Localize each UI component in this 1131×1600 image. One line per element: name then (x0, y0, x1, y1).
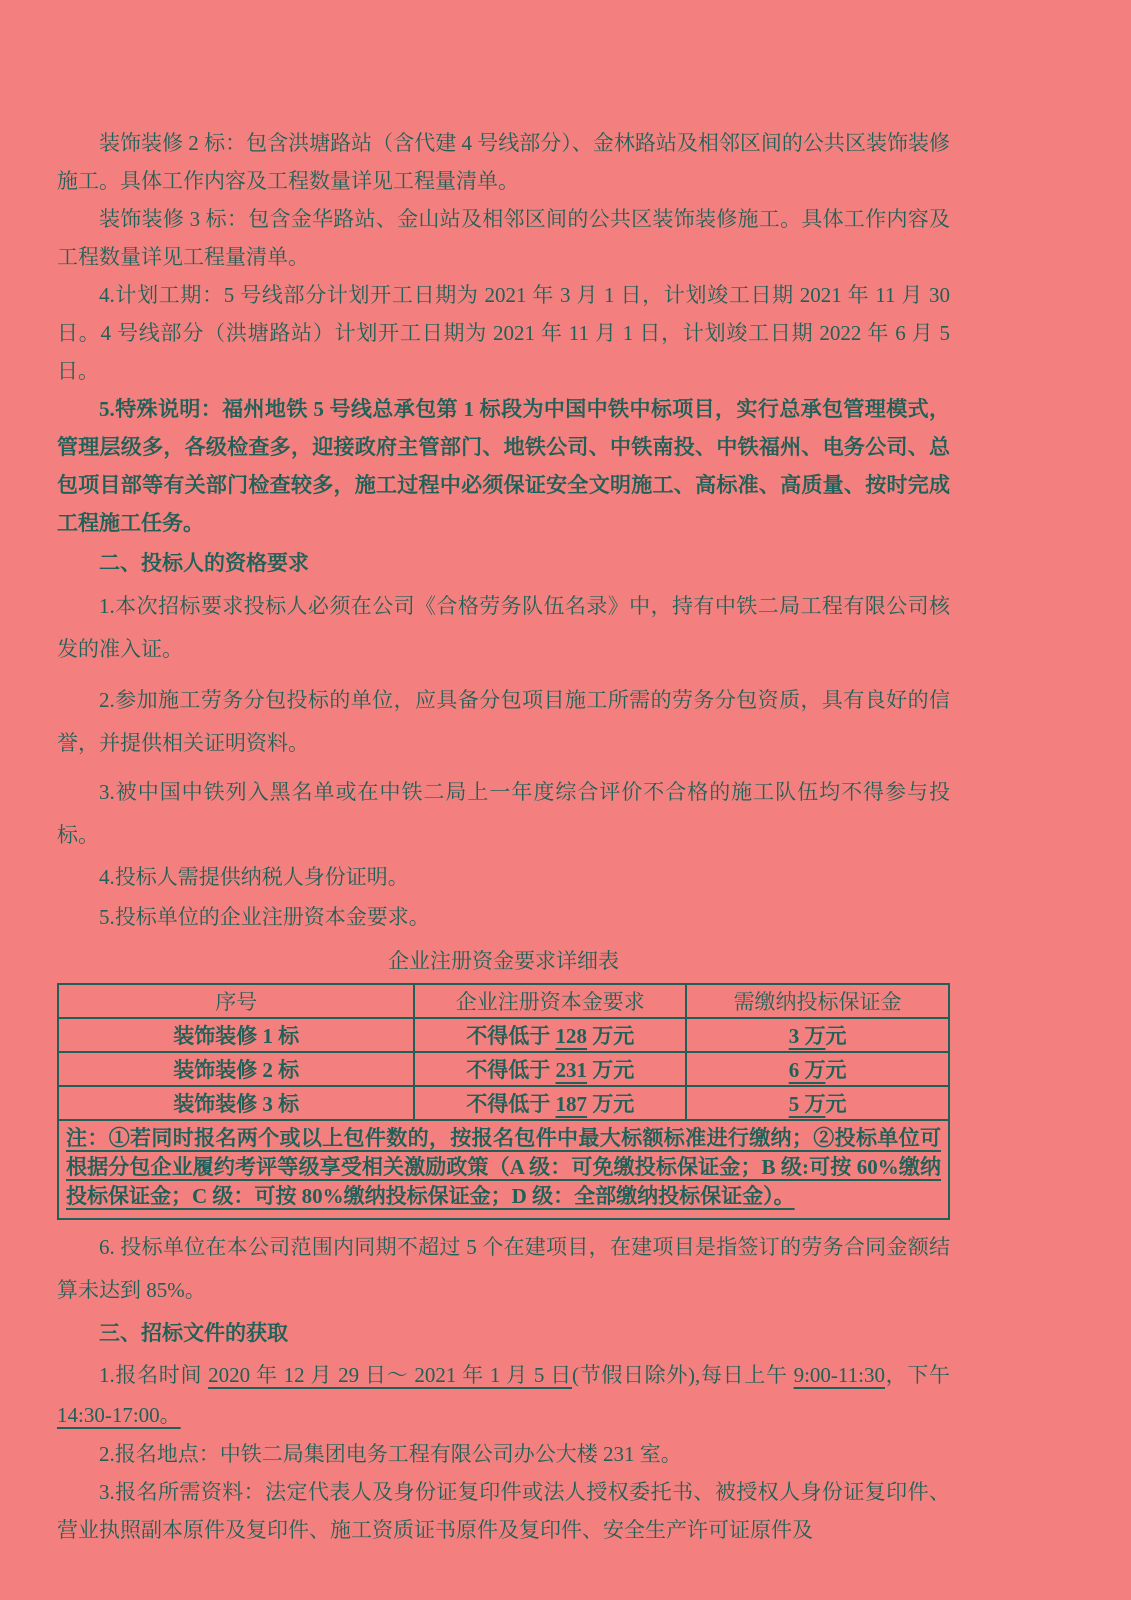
paragraph-qualification-1: 1.本次招标要求投标人必须在公司《合格劳务队伍名录》中，持有中铁二局工程有限公司… (57, 585, 950, 671)
table-row-lot2: 装饰装修 2 标 不得低于 231 万元 6 万元 (58, 1052, 949, 1086)
column-header-bid-deposit: 需缴纳投标保证金 (686, 984, 949, 1018)
section-heading-document-obtain: 三、招标文件的获取 (57, 1312, 950, 1355)
paragraph-qualification-3: 3.被中国中铁列入黑名单或在中铁二局上一年度综合评价不合格的施工队伍均不得参与投… (57, 771, 950, 857)
bid-deposit: 5 万元 (686, 1086, 949, 1120)
underlined-run: 2020 年 12 月 29 日～ 2021 年 1 月 5 日 (208, 1363, 572, 1387)
lot-name: 装饰装修 3 标 (58, 1086, 414, 1120)
paragraph-lot2: 装饰装修 2 标：包含洪塘路站（含代建 4 号线部分）、金林路站及相邻区间的公共… (57, 124, 950, 200)
paragraph-schedule: 4.计划工期：5 号线部分计划开工日期为 2021 年 3 月 1 日，计划竣工… (57, 276, 950, 390)
underlined-run: 6 万 (789, 1058, 826, 1082)
document-page: 装饰装修 2 标：包含洪塘路站（含代建 4 号线部分）、金林路站及相邻区间的公共… (0, 0, 1131, 1600)
underlined-run: 187 (556, 1092, 588, 1116)
underlined-run: 14:30-17:00。 (57, 1403, 181, 1427)
table-note-row: 注：①若同时报名两个或以上包件数的，按报名包件中最大标额标准进行缴纳；②投标单位… (58, 1120, 949, 1219)
paragraph-signup-materials: 3.报名所需资料：法定代表人及身份证复印件或法人授权委托书、被授权人身份证复印件… (57, 1473, 950, 1549)
bid-deposit: 3 万元 (686, 1018, 949, 1052)
lot-name: 装饰装修 1 标 (58, 1018, 414, 1052)
text-run: 不得低于 (466, 1092, 555, 1116)
text-run: 万元 (587, 1058, 634, 1082)
underlined-run: 5 万 (789, 1092, 826, 1116)
text-run: 不得低于 (466, 1024, 555, 1048)
paragraph-signup-location: 2.报名地点：中铁二局集团电务工程有限公司办公大楼 231 室。 (57, 1435, 950, 1473)
paragraph-signup-time: 1.报名时间 2020 年 12 月 29 日～ 2021 年 1 月 5 日(… (57, 1355, 950, 1435)
table-note: 注：①若同时报名两个或以上包件数的，按报名包件中最大标额标准进行缴纳；②投标单位… (58, 1120, 949, 1219)
capital-requirement: 不得低于 187 万元 (414, 1086, 686, 1120)
underlined-run: 3 万 (789, 1024, 826, 1048)
table-row-lot3: 装饰装修 3 标 不得低于 187 万元 5 万元 (58, 1086, 949, 1120)
text-run: 元 (825, 1058, 846, 1082)
text-run: ，下午 (885, 1363, 950, 1387)
lot-name: 装饰装修 2 标 (58, 1052, 414, 1086)
paragraph-qualification-4: 4.投标人需提供纳税人身份证明。 (57, 857, 950, 897)
capital-requirement: 不得低于 231 万元 (414, 1052, 686, 1086)
text-run: 万元 (587, 1092, 634, 1116)
text-run: (节假日除外),每日上午 (572, 1363, 794, 1387)
paragraph-qualification-2: 2.参加施工劳务分包投标的单位，应具备分包项目施工所需的劳务分包资质，具有良好的… (57, 679, 950, 765)
underlined-run: 231 (556, 1058, 588, 1082)
document-content: 装饰装修 2 标：包含洪塘路站（含代建 4 号线部分）、金林路站及相邻区间的公共… (57, 124, 950, 1549)
table-row-lot1: 装饰装修 1 标 不得低于 128 万元 3 万元 (58, 1018, 949, 1052)
paragraph-qualification-5: 5.投标单位的企业注册资本金要求。 (57, 897, 950, 937)
table-header-row: 序号 企业注册资本金要求 需缴纳投标保证金 (58, 984, 949, 1018)
paragraph-item-6: 6. 投标单位在本公司范围内同期不超过 5 个在建项目，在建项目是指签订的劳务合… (57, 1226, 950, 1312)
registration-capital-table: 序号 企业注册资本金要求 需缴纳投标保证金 装饰装修 1 标 不得低于 128 … (57, 983, 950, 1220)
column-header-serial: 序号 (58, 984, 414, 1018)
underlined-run: 9:00-11:30 (794, 1363, 885, 1387)
underlined-run: 注：①若同时报名两个或以上包件数的，按报名包件中最大标额标准进行缴纳；②投标单位… (66, 1126, 941, 1208)
capital-requirement: 不得低于 128 万元 (414, 1018, 686, 1052)
column-header-capital-requirement: 企业注册资本金要求 (414, 984, 686, 1018)
underlined-run: 128 (556, 1024, 588, 1048)
text-run: 元 (825, 1024, 846, 1048)
paragraph-special-note: 5.特殊说明：福州地铁 5 号线总承包第 1 标段为中国中铁中标项目，实行总承包… (57, 390, 950, 542)
text-run: 元 (825, 1092, 846, 1116)
text-run: 万元 (587, 1024, 634, 1048)
section-heading-bidder-qualifications: 二、投标人的资格要求 (57, 542, 950, 585)
paragraph-lot3: 装饰装修 3 标：包含金华路站、金山站及相邻区间的公共区装饰装修施工。具体工作内… (57, 200, 950, 276)
text-run: 1.报名时间 (99, 1363, 208, 1387)
text-run: 不得低于 (466, 1058, 555, 1082)
bid-deposit: 6 万元 (686, 1052, 949, 1086)
table-caption: 企业注册资金要求详细表 (57, 939, 950, 983)
